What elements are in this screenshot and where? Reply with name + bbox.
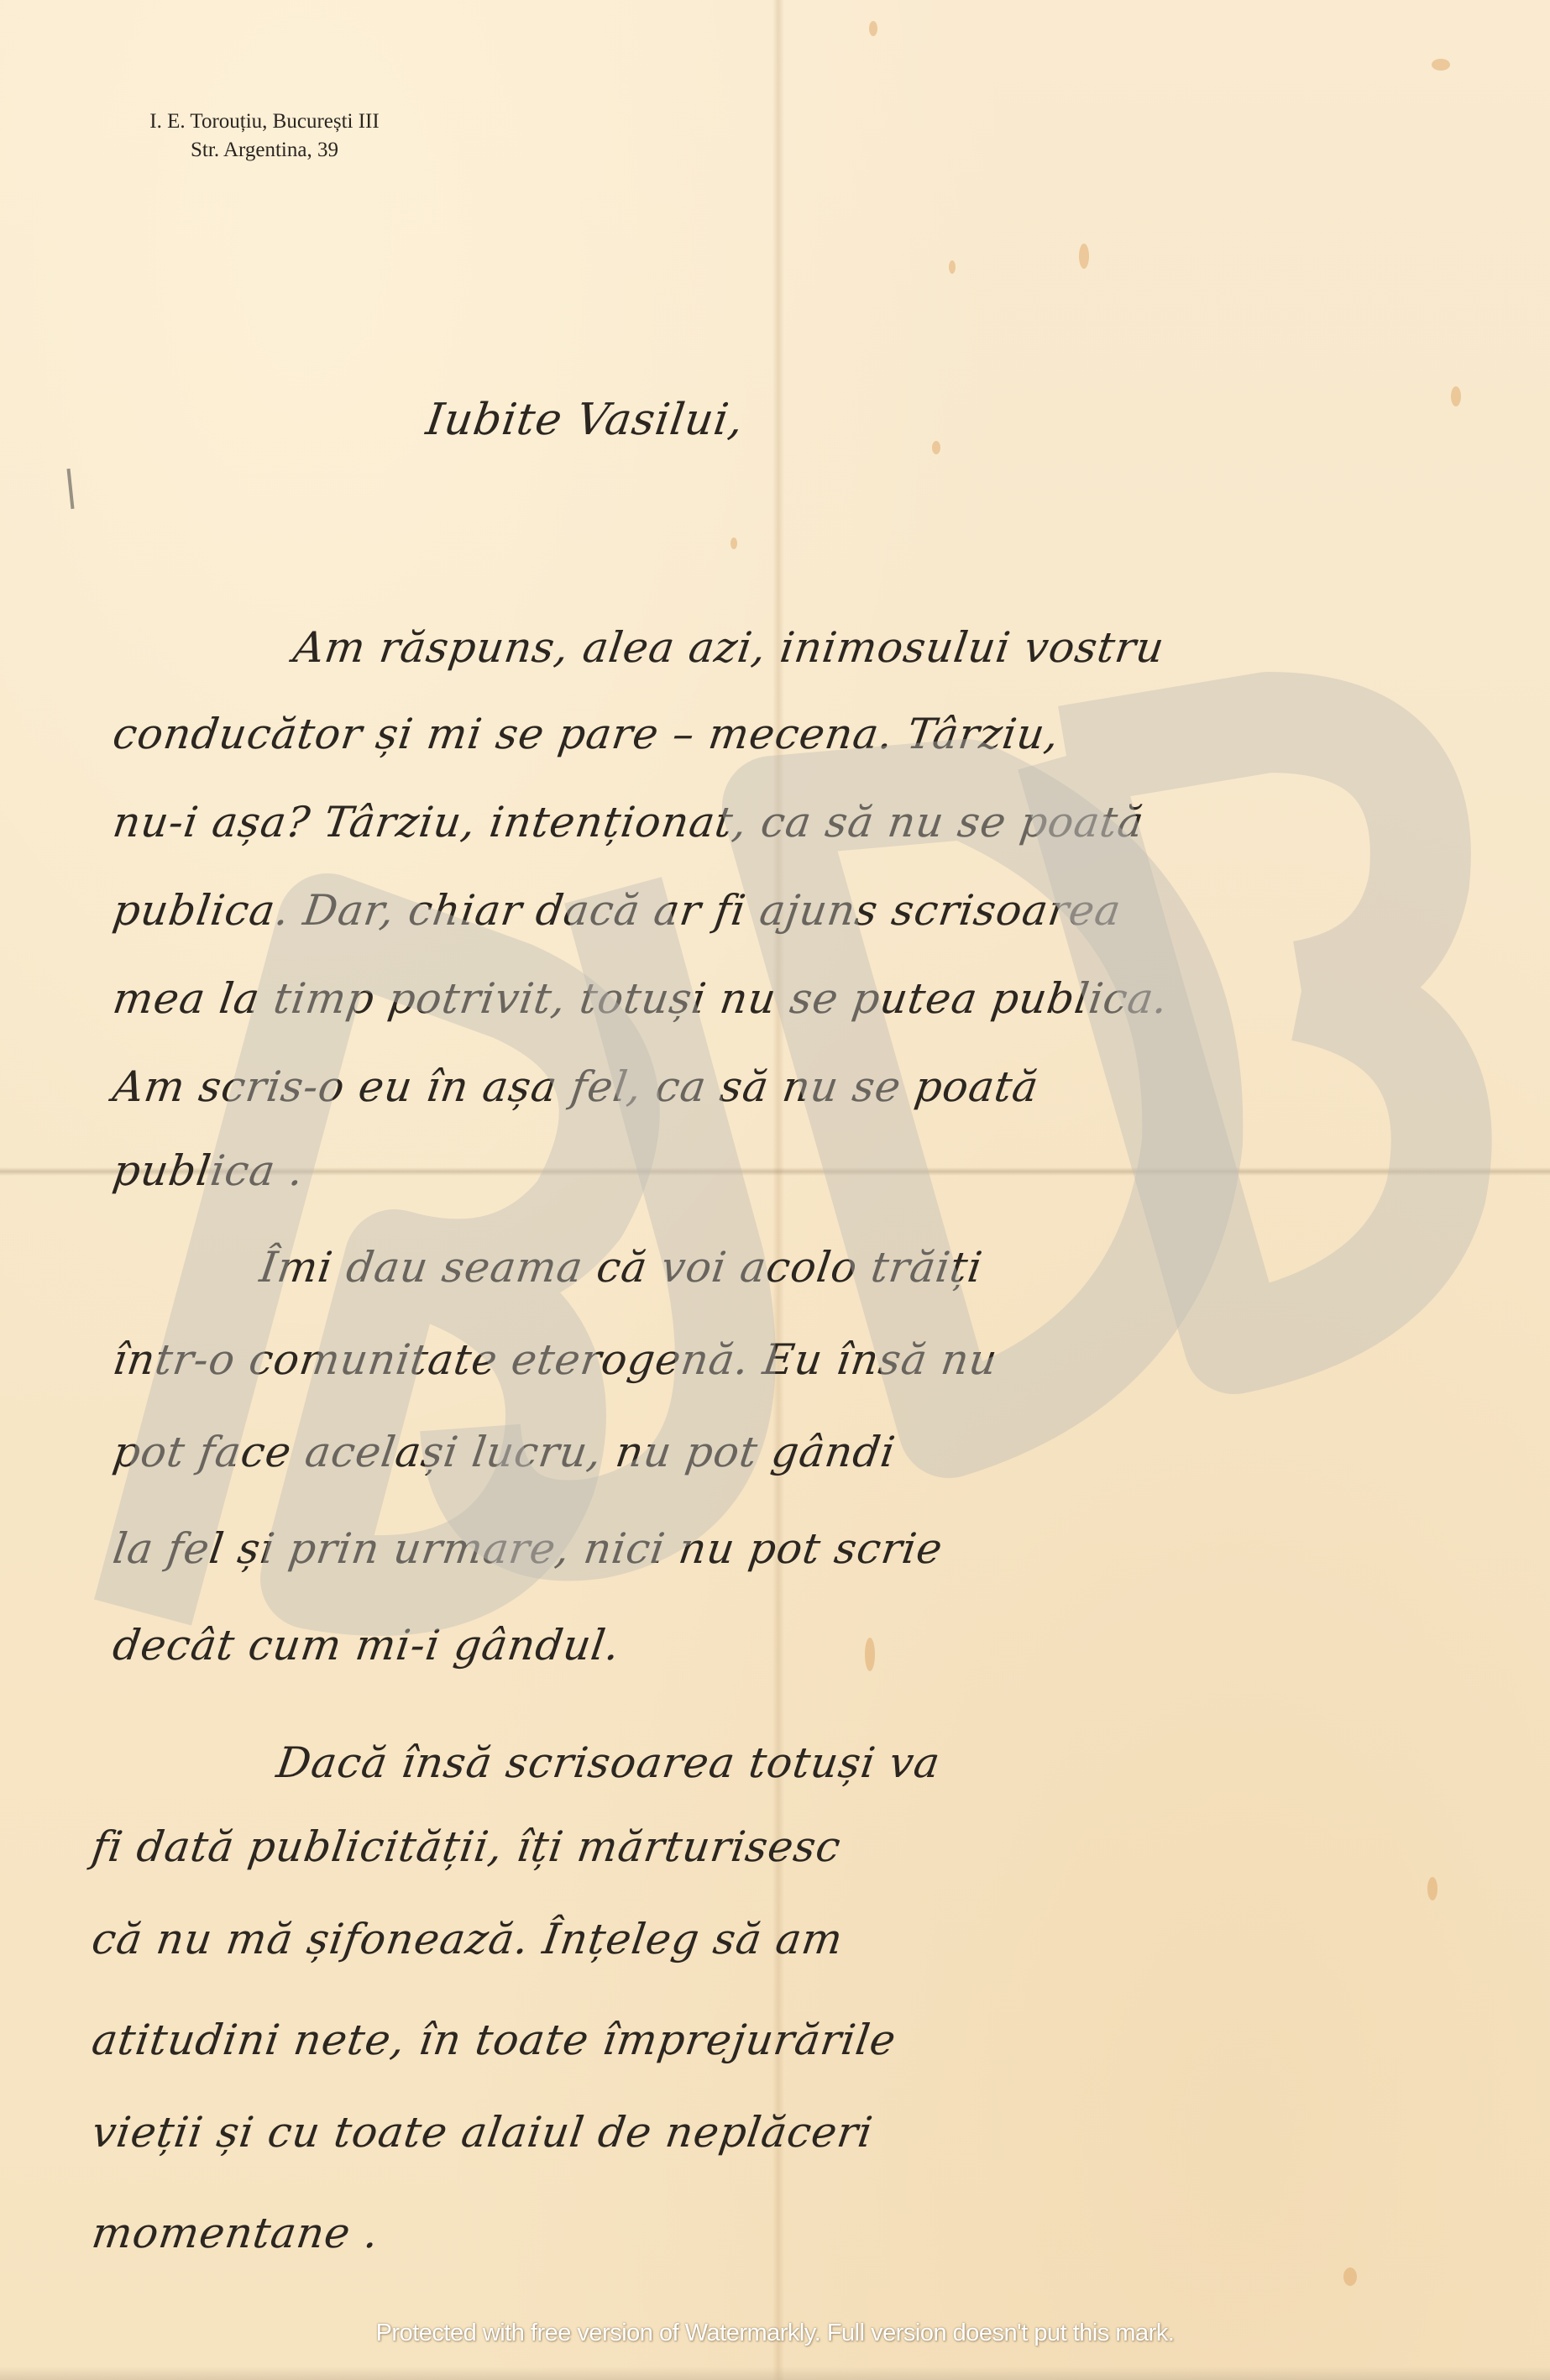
- foxing-spot: [932, 441, 940, 454]
- foxing-spot: [1451, 386, 1461, 406]
- foxing-spot: [1079, 244, 1089, 269]
- letter-line: pot face același lucru, nu pot gândi: [110, 1428, 898, 1476]
- foxing-spot: [1432, 59, 1450, 71]
- letter-line: vieții și cu toate alaiul de neplăceri: [89, 2108, 876, 2157]
- letter-line: Am scris-o eu în așa fel, ca să nu se po…: [110, 1062, 1042, 1111]
- letterhead-name-line: I. E. Torouțiu, București III: [113, 107, 416, 136]
- letter-line: fi dată publicității, îți mărturisesc: [89, 1822, 844, 1871]
- letter-line: momentane .: [89, 2209, 382, 2257]
- letter-line: Dacă însă scrisoarea totuși va: [274, 1738, 944, 1787]
- letter-line: nu-i așa? Târziu, intenționat, ca să nu …: [110, 798, 1147, 847]
- watermarkly-footer: Protected with free version of Watermark…: [0, 2320, 1550, 2347]
- letter-line: decât cum mi-i gândul.: [110, 1621, 623, 1670]
- bottom-edge-shadow: [0, 2367, 1550, 2380]
- letter-line: conducător și mi se pare – mecena. Târzi…: [110, 710, 1063, 758]
- salutation: Iubite Vasilui,: [423, 395, 747, 445]
- foxing-spot: [869, 21, 877, 36]
- letter-line: mea la timp potrivit, totuși nu se putea…: [110, 974, 1171, 1023]
- letter-line: atitudini nete, în toate împrejurările: [89, 2016, 899, 2064]
- foxing-spot: [1427, 1877, 1437, 1900]
- letterhead-address-line: Str. Argentina, 39: [113, 136, 416, 165]
- foxing-spot: [949, 260, 956, 274]
- letter-line: publica .: [110, 1146, 307, 1195]
- letter-line: că nu mă șifonează. Înțeleg să am: [89, 1915, 846, 1963]
- foxing-spot: [865, 1638, 875, 1671]
- letter-line: într-o comunitate eterogenă. Eu însă nu: [110, 1335, 1001, 1384]
- foxing-spot: [1343, 2267, 1357, 2286]
- letter-line: Îmi dau seama că voi acolo trăiți: [257, 1243, 986, 1292]
- foxing-spot: [730, 537, 737, 549]
- letter-line: la fel și prin urmare, nici nu pot scrie: [110, 1524, 946, 1573]
- pencil-mark: [67, 469, 75, 509]
- letter-line: publica. Dar, chiar dacă ar fi ajuns scr…: [110, 886, 1124, 935]
- letter-page: I. E. Torouțiu, București III Str. Argen…: [0, 0, 1550, 2380]
- letterhead: I. E. Torouțiu, București III Str. Argen…: [113, 107, 416, 165]
- letter-line: Am răspuns, alea azi, inimosului vostru: [291, 623, 1168, 672]
